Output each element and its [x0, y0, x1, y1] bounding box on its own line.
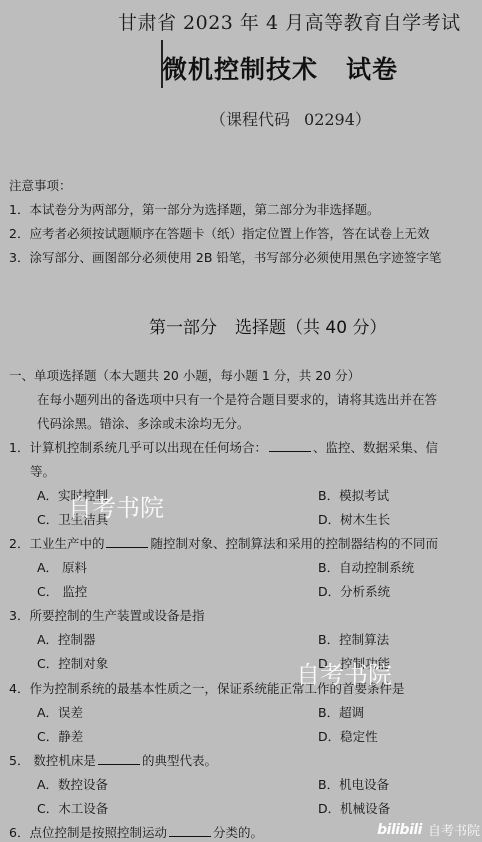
course-code: （课程代码02294） — [210, 107, 371, 130]
answer-blank — [106, 546, 148, 548]
question-2-option-b: B．自动控制系统 — [318, 558, 414, 576]
question-2: 2．工业生产中的随控制对象、控制算法和采用的控制器结构的不同而 — [9, 534, 438, 552]
question-2-option-c: C． 监控 — [37, 582, 87, 600]
bilibili-logo-icon: bilibili — [377, 822, 422, 838]
question-4-option-b: B．超调 — [318, 703, 364, 721]
paper-label: 试卷 — [346, 55, 398, 84]
question-4-option-d: D．稳定性 — [318, 727, 378, 745]
channel-name: 自考书院 — [428, 820, 480, 839]
question-1-continuation: 等。 — [30, 462, 55, 480]
question-5-option-a: A．数控设备 — [37, 775, 108, 793]
exam-paper-page: 甘肃省 2023 年 4 月高等教育自学考试 微机控制技术试卷 （课程代码022… — [0, 0, 482, 842]
instructions-line: 代码涂黑。错涂、多涂或未涂均无分。 — [37, 414, 250, 432]
instructions-line: 在每小题列出的备选项中只有一个是符合题目要求的，请将其选出并在答 — [37, 390, 437, 408]
course-code-value: 02294） — [304, 110, 371, 129]
question-1: 1．计算机控制系统几乎可以出现在任何场合：、监控、数据采集、信 — [9, 438, 438, 456]
question-2-option-a: A． 原料 — [37, 558, 87, 576]
exam-title: 甘肃省 2023 年 4 月高等教育自学考试 — [118, 8, 461, 35]
section-part: 第一部分 — [149, 318, 217, 338]
answer-blank — [98, 763, 140, 765]
question-1-option-b: B．模拟考试 — [318, 486, 389, 504]
question-4-option-c: C．静差 — [37, 727, 83, 745]
question-5-option-c: C．木工设备 — [37, 799, 108, 817]
question-3-option-a: A．控制器 — [37, 630, 96, 648]
subject-name: 微机控制技术 — [162, 55, 318, 84]
paper-title: 微机控制技术试卷 — [162, 50, 398, 86]
notice-title: 注意事项： — [9, 176, 72, 194]
question-3: 3．所要控制的生产装置或设备是指 — [9, 606, 204, 624]
question-3-option-c: C．控制对象 — [37, 654, 108, 672]
notice-item: 2．应考者必须按试题顺序在答题卡（纸）指定位置上作答，答在试卷上无效 — [9, 224, 429, 242]
notice-item: 3．涂写部分、画图部分必须使用 2B 铅笔，书写部分必须使用黑色字迹签字笔 — [9, 248, 441, 266]
section-heading: 第一部分选择题（共 40 分） — [149, 313, 386, 338]
notice-item: 1．本试卷分为两部分，第一部分为选择题，第二部分为非选择题。 — [9, 200, 379, 218]
watermark-text: 自考书院 — [296, 655, 392, 690]
question-3-option-b: B．控制算法 — [318, 630, 389, 648]
instructions-heading: 一、单项选择题（本大题共 20 小题，每小题 1 分，共 20 分） — [9, 366, 360, 384]
bilibili-watermark: bilibili 自考书院 — [377, 820, 480, 839]
question-5-option-d: D．机械设备 — [318, 799, 390, 817]
question-4-option-a: A．误差 — [37, 703, 83, 721]
section-title: 选择题（共 40 分） — [235, 318, 386, 338]
watermark-text: 自考书院 — [68, 488, 164, 523]
question-5: 5． 数控机床是的典型代表。 — [9, 751, 217, 769]
question-5-option-b: B．机电设备 — [318, 775, 389, 793]
question-6: 6．点位控制是按照控制运动分类的。 — [9, 823, 263, 841]
answer-blank — [269, 450, 311, 452]
course-code-label: （课程代码 — [210, 110, 290, 129]
question-2-option-d: D．分析系统 — [318, 582, 390, 600]
question-1-option-d: D．树木生长 — [318, 510, 390, 528]
answer-blank — [169, 835, 211, 837]
